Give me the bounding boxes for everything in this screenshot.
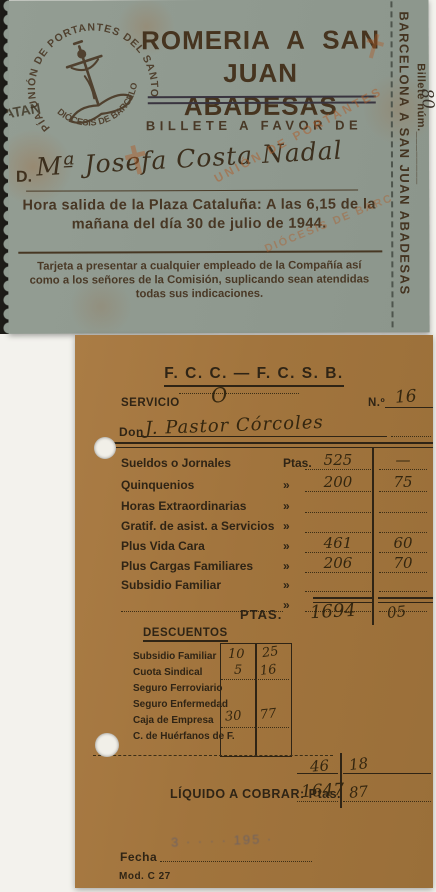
net-rule-left [297, 773, 338, 774]
ditto-mark: » [283, 559, 305, 573]
stub-route: BARCELONA A SAN JUAN ABADESAS [396, 11, 412, 327]
earning-pesetas: 200 [305, 473, 371, 492]
deduction-label: Subsidio Familiar [133, 651, 216, 662]
numero-label: N.º [368, 397, 385, 409]
net-cents-handwritten: 87 [348, 782, 369, 802]
net-rule-right [343, 773, 431, 774]
separator-rule [18, 250, 382, 253]
deduction-row-line [221, 727, 289, 728]
departure-line1: Hora salida de la Plaza Cataluña: A las … [8, 196, 390, 213]
deductions-title: DESCUENTOS [143, 627, 228, 642]
numero-line [385, 407, 433, 408]
perforation-line [390, 1, 393, 327]
ticket-subtitle: BILLETE A FAVOR DE [146, 117, 386, 133]
dashed-separator [93, 755, 333, 756]
footnote-line2: como a los señores de la Comisión, supli… [8, 273, 390, 286]
servicio-line [179, 393, 299, 394]
ditto-mark: » [283, 598, 305, 612]
net-pesetas-handwritten: 1647 [301, 780, 345, 802]
net-underline-right [343, 801, 431, 802]
earnings-row: Gratif. de asist. a Servicios » [121, 513, 427, 533]
earning-pesetas [305, 573, 371, 592]
date-stamp-faint: 3 · · · · 195 · [171, 831, 274, 850]
payslip-header: F. C. C. — F. C. S. B. [75, 365, 433, 387]
net-underline-left [297, 801, 338, 802]
numero-value-handwritten: 16 [394, 386, 417, 407]
deduction-cents-handwritten: 16 [259, 662, 277, 679]
deduction-label: Caja de Empresa [133, 715, 214, 726]
footnote-line3: todas sus indicaciones. [8, 287, 390, 300]
stub-number-handwritten: 80 [418, 88, 436, 110]
deduction-label: Seguro Enfermedad [133, 699, 228, 710]
earning-cents [379, 573, 427, 592]
footnote-line1: Tarjeta a presentar a cualquier empleado… [8, 259, 390, 272]
deductions-box-divider [255, 643, 257, 755]
earning-cents: 75 [379, 473, 427, 492]
earning-cents [379, 494, 427, 513]
deduction-row-line [221, 679, 289, 680]
total-rule-right [378, 597, 433, 603]
servicio-label: SERVICIO [121, 397, 180, 409]
overstamp-cross-icon: ✝ [115, 135, 159, 188]
deduction-pesetas-handwritten: 10 [228, 647, 245, 662]
currency-label: Ptas. [283, 456, 305, 470]
earning-cents: — [379, 451, 427, 470]
earnings-row: Sueldos o Jornales Ptas. 525 — [121, 450, 427, 470]
ditto-mark: » [283, 478, 305, 492]
punch-hole [95, 733, 119, 757]
deduction-label: Cuota Sindical [133, 667, 202, 678]
deduction-pesetas-handwritten: 30 [224, 708, 242, 724]
scanned-documents-page: PÍA UNIÓN DE PORTANTES DEL SANTO CRISTO … [0, 0, 436, 892]
ditto-mark: » [283, 499, 305, 513]
holder-prefix: D. [16, 169, 32, 187]
total-pesetas-handwritten: 1694 [309, 600, 356, 623]
earning-pesetas [305, 514, 371, 533]
servicio-value-handwritten: O [210, 382, 229, 408]
earning-label: Horas Extraordinarias [121, 499, 283, 513]
earnings-row: Horas Extraordinarias » [121, 493, 427, 513]
earning-label: Plus Vida Cara [121, 539, 283, 553]
stamp-bottom-text: DIÓCESIS DE BARCELONA [3, 0, 148, 148]
earning-cents: 70 [379, 554, 427, 573]
earnings-row: Plus Vida Cara » 461 60 [121, 533, 427, 553]
company-title: F. C. C. — F. C. S. B. [164, 365, 343, 387]
fecha-line [160, 861, 312, 862]
don-line-tail [391, 436, 431, 437]
earnings-row: Quinquenios » 200 75 [121, 472, 427, 492]
punch-hole [94, 437, 116, 459]
earning-cents: 60 [379, 534, 427, 553]
torn-perforated-edge [0, 0, 9, 334]
earning-pesetas: 525 [305, 451, 371, 470]
earnings-row: Plus Cargas Familiares » 206 70 [121, 553, 427, 573]
earning-pesetas [305, 494, 371, 513]
earning-label: Plus Cargas Familiares [121, 559, 283, 573]
total-cents-handwritten: 05 [386, 602, 407, 622]
ditto-mark: » [283, 539, 305, 553]
ditto-mark: » [283, 578, 305, 592]
earning-pesetas: 206 [305, 554, 371, 573]
pilgrimage-ticket: PÍA UNIÓN DE PORTANTES DEL SANTO CRISTO … [7, 0, 429, 334]
earning-label: Gratif. de asist. a Servicios [121, 519, 283, 533]
ditto-mark: » [283, 519, 305, 533]
section-divider [111, 442, 433, 448]
earning-cents [379, 514, 427, 533]
fecha-label: Fecha [120, 850, 157, 864]
svg-text:DIÓCESIS DE BARCELONA: DIÓCESIS DE BARCELONA [3, 0, 148, 148]
earning-label: Subsidio Familiar [121, 578, 283, 592]
earning-label: Sueldos o Jornales [121, 456, 283, 470]
deductions-total-cents: 18 [348, 754, 369, 774]
payslip-card: F. C. C. — F. C. S. B. SERVICIO O N.º 16… [75, 335, 433, 888]
don-line [137, 436, 387, 437]
total-label: PTAS. [240, 607, 282, 622]
deduction-cents-handwritten: 25 [261, 644, 279, 661]
earnings-row: Subsidio Familiar » [121, 572, 427, 592]
deduction-cents-handwritten: 77 [259, 706, 277, 723]
ticket-title-line1: ROMERIA A SAN [140, 23, 382, 57]
deduction-label: Seguro Ferroviario [133, 683, 222, 694]
earning-pesetas: 461 [305, 534, 371, 553]
model-label: Mod. C 27 [119, 871, 171, 882]
deduction-pesetas-handwritten: 5 [234, 663, 242, 678]
holder-rule [26, 190, 358, 192]
earning-label: Quinquenios [121, 478, 283, 492]
